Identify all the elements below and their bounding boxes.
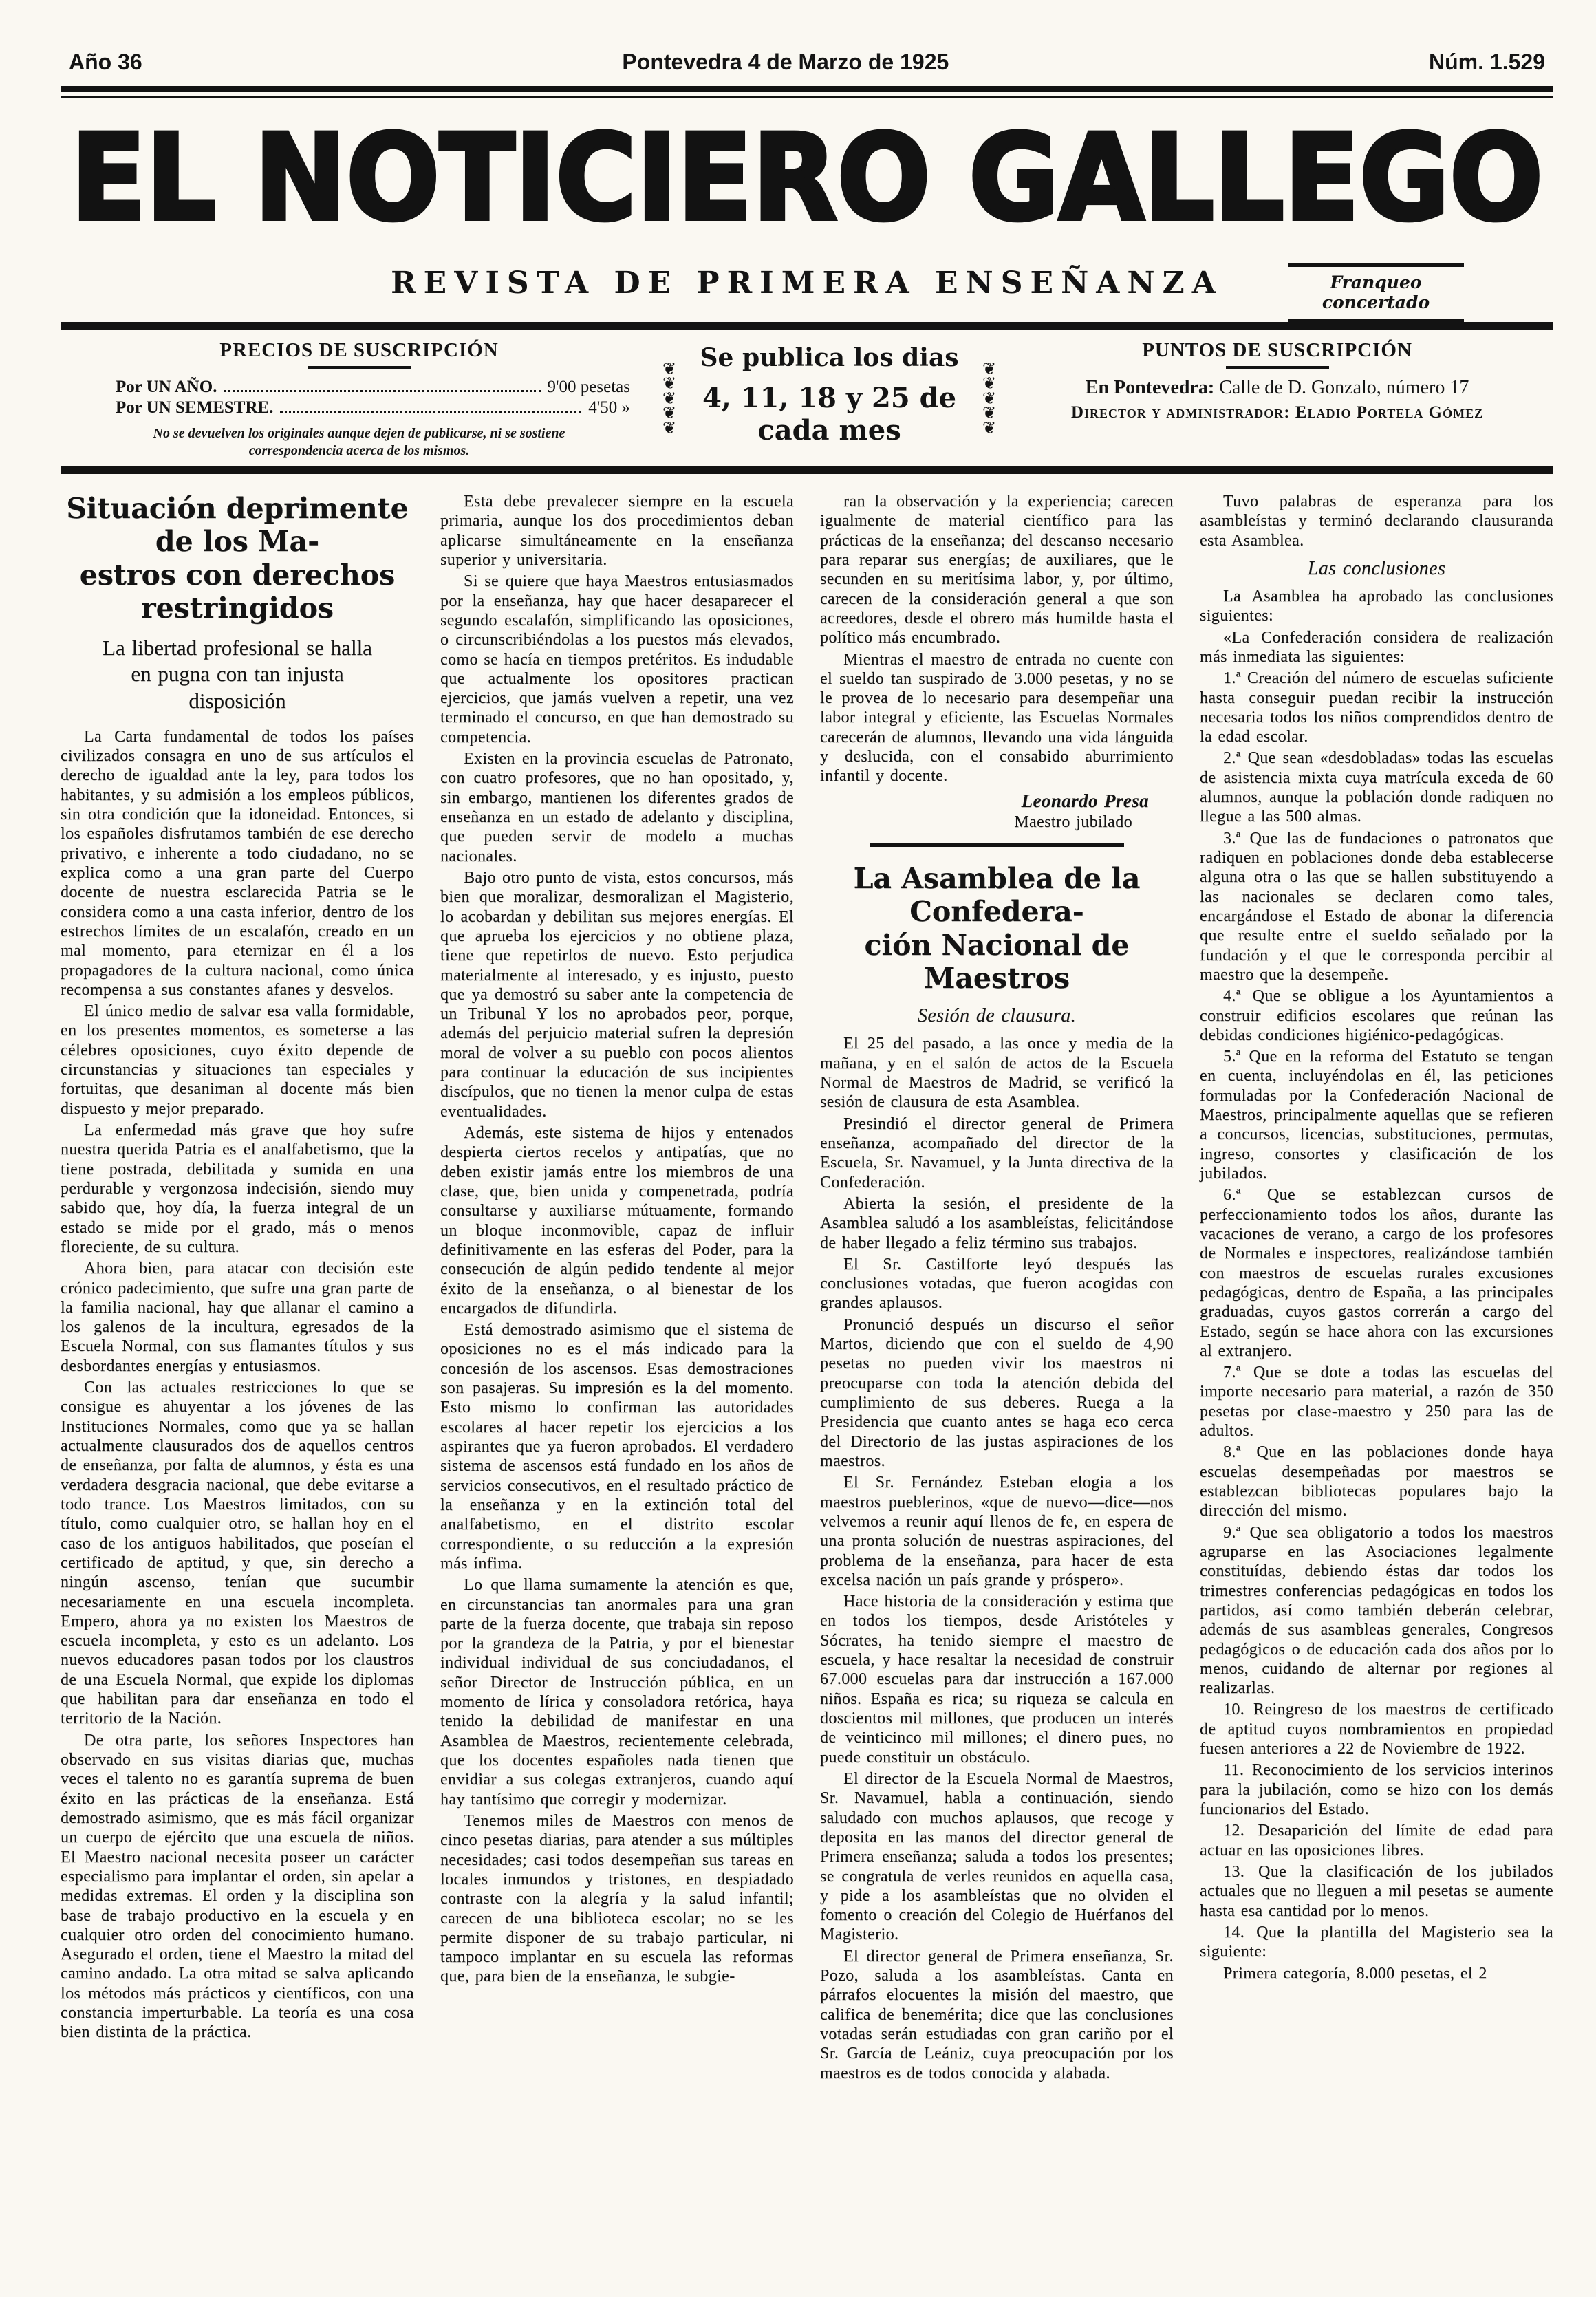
article-paragraph: El Sr. Fernández Esteban elogia a los ma… — [820, 1473, 1174, 1590]
ornament-divider-right: ❦ ❦ ❦ ❦ ❦ — [978, 338, 1001, 460]
points-location-label: En Pontevedra: — [1086, 377, 1214, 398]
subscription-info-bar: PRECIOS DE SUSCRIPCIÓN Por UN AÑO. 9'00 … — [61, 330, 1553, 466]
points-title: PUNTOS DE SUSCRIPCIÓN — [1001, 339, 1553, 362]
article-sig-role: Maestro jubilado — [820, 812, 1174, 832]
schedule-line1: Se publica los dias — [681, 343, 978, 372]
article-signature: Leonardo Presa — [820, 790, 1174, 812]
date-row: Año 36 Pontevedra 4 de Marzo de 1925 Núm… — [61, 50, 1553, 75]
article-paragraph: De otra parte, los señores Inspectores h… — [61, 1731, 414, 2042]
article-paragraph: Si se quiere que haya Maestros entusiasm… — [440, 572, 794, 747]
schedule-line2: 4, 11, 18 y 25 de cada mes — [681, 382, 978, 446]
article-column-1: Situación deprimente de los Ma- estros c… — [61, 492, 414, 2274]
article-paragraph: El Sr. Castilforte leyó después las conc… — [820, 1255, 1174, 1313]
article-paragraph: Está demostrado asimismo que el sistema … — [440, 1320, 794, 1573]
issue-number: Núm. 1.529 — [1429, 50, 1545, 75]
submission-note: No se devuelven los originales aunque de… — [132, 425, 586, 460]
price-value: 4'50 » — [588, 398, 630, 418]
article-paragraph: 14. Que la plantilla del Magisterio sea … — [1200, 1923, 1553, 1962]
postage-notice-box: Franqueo concertado — [1288, 263, 1464, 323]
double-rule — [61, 86, 1553, 98]
dotted-leader — [280, 411, 581, 413]
article-subhead: La libertad profesional se halla en pugn… — [61, 635, 414, 715]
article-paragraph: 11. Reconocimiento de los servicios inte… — [1200, 1760, 1553, 1819]
article-paragraph: ran la observación y la experiencia; car… — [820, 492, 1174, 648]
article-paragraph: 8.ª Que en las poblaciones donde haya es… — [1200, 1443, 1553, 1520]
masthead: EL NOTICIERO GALLEGO — [61, 107, 1553, 245]
edition-year: Año 36 — [69, 50, 142, 75]
heavy-rule-bottom — [61, 466, 1553, 474]
newspaper-title: EL NOTICIERO GALLEGO — [71, 109, 1543, 245]
article-rule — [870, 843, 1124, 847]
article-paragraph: Abierta la sesión, el presidente de la A… — [820, 1194, 1174, 1253]
title-underline — [1226, 366, 1329, 369]
article-paragraph: Hace historia de la consideración y esti… — [820, 1592, 1174, 1767]
ornament-divider-left: ❦ ❦ ❦ ❦ ❦ — [658, 338, 681, 460]
price-row-year: Por UN AÑO. 9'00 pesetas — [61, 377, 658, 398]
article-paragraph: 5.ª Que en la reforma del Estatuto se te… — [1200, 1047, 1553, 1183]
article-paragraph: 2.ª Que sean «desdobladas» todas las esc… — [1200, 748, 1553, 826]
article-paragraph: 7.ª Que se dote a todas las escuelas del… — [1200, 1363, 1553, 1441]
article-paragraph: Además, este sistema de hijos y entenado… — [440, 1123, 794, 1318]
article-paragraph: 10. Reingreso de los maestros de certifi… — [1200, 1700, 1553, 1758]
article-paragraph: 4.ª Que se obligue a los Ayuntamientos a… — [1200, 986, 1553, 1045]
article-paragraph: El 25 del pasado, a las once y media de … — [820, 1034, 1174, 1112]
article-paragraph: Primera categoría, 8.000 pesetas, el 2 — [1200, 1964, 1553, 1983]
article-paragraph: El director general de Primera enseñanza… — [820, 1947, 1174, 2083]
article-paragraph: Esta debe prevalecer siempre en la escue… — [440, 492, 794, 570]
article-subhead-italic: Sesión de clausura. — [820, 1004, 1174, 1027]
article-paragraph: La enfermedad más grave que hoy sufre nu… — [61, 1121, 414, 1257]
article-column-4: Tuvo palabras de esperanza para los asam… — [1200, 492, 1553, 2274]
article-paragraph: Mientras el maestro de entrada no cuente… — [820, 650, 1174, 786]
article-paragraph: La Asamblea ha aprobado las conclusiones… — [1200, 587, 1553, 626]
article-paragraph: 13. Que la clasificación de los jubilado… — [1200, 1862, 1553, 1921]
price-row-semester: Por UN SEMESTRE. 4'50 » — [61, 398, 658, 418]
points-address: En Pontevedra: Calle de D. Gonzalo, núme… — [1001, 377, 1553, 399]
ornament-glyph: ❦ — [982, 421, 996, 436]
article-paragraph: El único medio de salvar esa valla formi… — [61, 1002, 414, 1119]
article-paragraph: 6.ª Que se establezcan cursos de perfecc… — [1200, 1185, 1553, 1361]
article-columns: Situación deprimente de los Ma- estros c… — [61, 492, 1553, 2274]
article-paragraph: La Carta fundamental de todos los países… — [61, 727, 414, 1000]
article-paragraph: Tenemos miles de Maestros con menos de c… — [440, 1811, 794, 1987]
article-column-3: ran la observación y la experiencia; car… — [820, 492, 1174, 2274]
article-column-2: Esta debe prevalecer siempre en la escue… — [440, 492, 794, 2274]
article-paragraph: Pronunció después un discurso el señor M… — [820, 1315, 1174, 1471]
price-value: 9'00 pesetas — [548, 378, 630, 397]
article-headline: Situación deprimente de los Ma- estros c… — [61, 492, 414, 625]
article-paragraph: 1.ª Creación del número de escuelas sufi… — [1200, 669, 1553, 746]
article-paragraph: 12. Desaparición del límite de edad para… — [1200, 1821, 1553, 1860]
director-line: Director y administrador: Eladio Portela… — [1001, 403, 1553, 422]
article-paragraph: Presindió el director general de Primera… — [820, 1114, 1174, 1192]
points-location-text: Calle de D. Gonzalo, número 17 — [1214, 377, 1469, 398]
price-label: Por UN AÑO. — [116, 378, 217, 397]
article-paragraph: Lo que llama sumamente la atención es qu… — [440, 1575, 794, 1809]
article-paragraph: «La Confederación considera de realizaci… — [1200, 628, 1553, 667]
article-paragraph: Bajo otro punto de vista, estos concurso… — [440, 868, 794, 1121]
newspaper-page: Año 36 Pontevedra 4 de Marzo de 1925 Núm… — [0, 0, 1596, 2297]
dotted-leader — [224, 390, 540, 392]
price-label: Por UN SEMESTRE. — [116, 398, 273, 418]
prices-title: PRECIOS DE SUSCRIPCIÓN — [61, 339, 658, 362]
article-paragraph: 3.ª Que las de fundaciones o patronatos … — [1200, 829, 1553, 985]
title-underline — [308, 366, 411, 369]
article-paragraph: Tuvo palabras de esperanza para los asam… — [1200, 492, 1553, 550]
article-paragraph: El director de la Escuela Normal de Maes… — [820, 1769, 1174, 1945]
article-subhead-italic: Las conclusiones — [1200, 557, 1553, 580]
edition-date: Pontevedra 4 de Marzo de 1925 — [622, 50, 949, 75]
ornament-glyph: ❦ — [662, 421, 676, 436]
points-section: PUNTOS DE SUSCRIPCIÓN En Pontevedra: Cal… — [1001, 338, 1553, 460]
article-paragraph: Existen en la provincia escuelas de Patr… — [440, 749, 794, 866]
article-paragraph: 9.ª Que sea obligatorio a todos los maes… — [1200, 1523, 1553, 1699]
subtitle-row: REVISTA DE PRIMERA ENSEÑANZA Franqueo co… — [61, 259, 1553, 322]
article-paragraph: Ahora bien, para atacar con decisión est… — [61, 1259, 414, 1376]
article-paragraph: Con las actuales restricciones lo que se… — [61, 1378, 414, 1729]
article-headline: La Asamblea de la Confedera- ción Nacion… — [820, 862, 1174, 995]
prices-section: PRECIOS DE SUSCRIPCIÓN Por UN AÑO. 9'00 … — [61, 338, 658, 460]
schedule-section: Se publica los dias 4, 11, 18 y 25 de ca… — [681, 338, 978, 460]
